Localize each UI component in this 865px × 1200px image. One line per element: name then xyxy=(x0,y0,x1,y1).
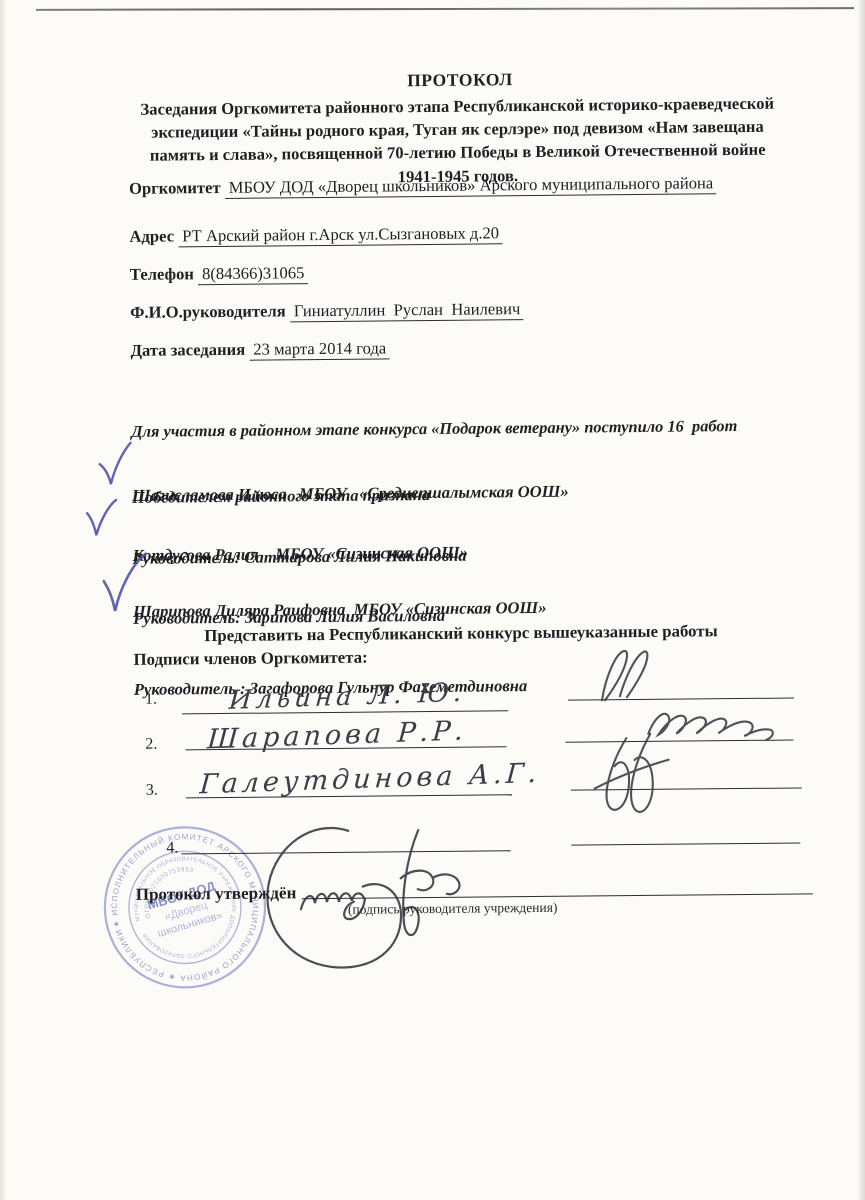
signature-row-number: 4. xyxy=(166,839,178,857)
field-label: Дата заседания xyxy=(130,340,245,360)
field-label: Телефон xyxy=(130,264,194,284)
field-director-name: Ф.И.О.руководителя Гиниатуллин Руслан На… xyxy=(130,299,523,323)
field-value: Гиниатуллин Руслан Наилевич xyxy=(290,299,524,322)
field-label: Оргкомитет xyxy=(129,178,221,198)
field-orgcommittee: Оргкомитет МБОУ ДОД «Дворец школьников» … xyxy=(129,173,716,199)
checkmark-icon xyxy=(84,497,120,541)
resolution-line: Представить на Республиканский конкурс в… xyxy=(204,621,717,646)
field-value: 8(84366)31065 xyxy=(198,263,308,285)
scanned-protocol-page: ★ ИСПОЛНИТЕЛЬНЫЙ КОМИТЕТ АРСКОГО МУНИЦИП… xyxy=(0,0,865,1200)
field-value: 23 марта 2014 года xyxy=(249,338,389,360)
winner-name: Шарипова Диляра Раифовна МБОУ «Сизинская… xyxy=(133,597,547,622)
field-label: Адрес xyxy=(129,226,174,245)
checkmark-icon xyxy=(96,440,134,490)
signature-row-number: 2. xyxy=(145,736,157,754)
checkmark-icon xyxy=(100,551,151,615)
approval-label: Протокол утверждён xyxy=(136,883,297,905)
document-content: ★ ИСПОЛНИТЕЛЬНЫЙ КОМИТЕТ АРСКОГО МУНИЦИП… xyxy=(0,0,865,1200)
document-title: ПРОТОКОЛ xyxy=(110,66,810,94)
signature-flourish-right xyxy=(573,645,790,827)
signature-line xyxy=(571,842,800,845)
field-value: РТ Арский район г.Арск ул.Сызгановых д.2… xyxy=(178,223,502,247)
field-value: МБОУ ДОД «Дворец школьников» Арского мун… xyxy=(225,173,717,199)
field-address: Адрес РТ Арский район г.Арск ул.Сызганов… xyxy=(129,223,502,247)
signature-row-number: 3. xyxy=(146,782,158,800)
field-phone: Телефон 8(84366)31065 xyxy=(130,263,308,285)
field-meeting-date: Дата заседания 23 марта 2014 года xyxy=(130,338,389,360)
signatures-heading: Подписи членов Оргкомитета: xyxy=(133,648,367,670)
signature-row-number: 1. xyxy=(145,691,157,709)
field-label: Ф.И.О.руководителя xyxy=(130,301,286,321)
approval-caption: (подпись руководителя учреждения) xyxy=(348,900,558,918)
round-stamp: ★ ИСПОЛНИТЕЛЬНЫЙ КОМИТЕТ АРСКОГО МУНИЦИП… xyxy=(98,821,272,995)
